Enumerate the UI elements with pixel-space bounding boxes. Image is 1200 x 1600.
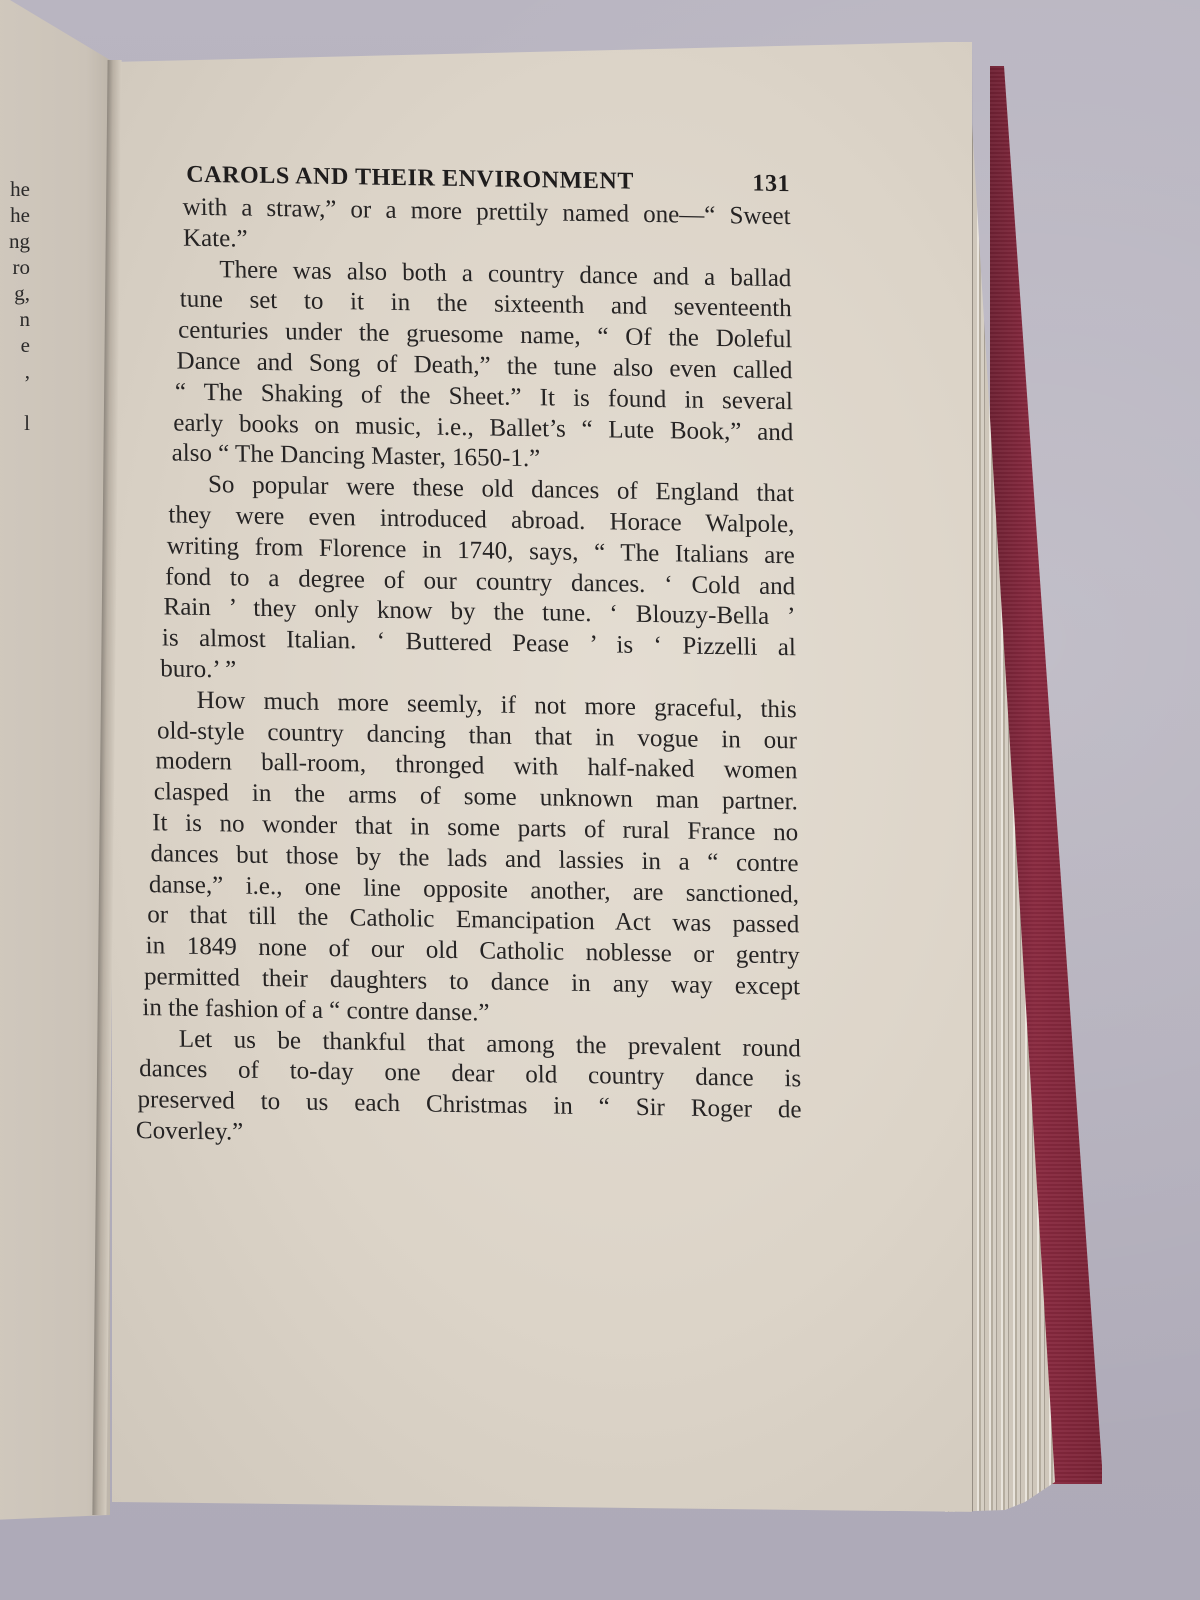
paragraph: with a straw,” or a more prettily named … <box>118 192 791 264</box>
fragment-line: n <box>0 306 30 332</box>
previous-page-text-fragments: he he ng ro g, n e , l <box>0 176 30 436</box>
body-text: with a straw,” or a more prettily named … <box>118 192 820 1158</box>
paragraph: Let us be thankful that among the preval… <box>129 1023 802 1157</box>
running-head-title: CAROLS AND THEIR ENVIRONMENT <box>186 162 634 196</box>
fragment-line: he <box>0 202 30 228</box>
paragraph: There was also both a country dance and … <box>119 253 794 479</box>
fragment-line: e <box>0 332 30 358</box>
fragment-line: he <box>0 176 30 202</box>
paragraph: So popular were these old dances of Engl… <box>122 469 797 695</box>
previous-page: he he ng ro g, n e , l <box>0 0 110 1520</box>
fragment-line: g, <box>0 280 30 306</box>
paragraph: How much more seemly, if not more gracef… <box>125 684 801 1033</box>
fragment-line <box>0 384 30 410</box>
page-text-block: CAROLS AND THEIR ENVIRONMENT 131 with a … <box>118 155 820 1158</box>
page-number: 131 <box>752 171 790 199</box>
fragment-line: l <box>0 410 30 436</box>
fragment-line: ro <box>0 254 30 280</box>
fragment-line: ng <box>0 228 30 254</box>
fragment-line: , <box>0 358 30 384</box>
